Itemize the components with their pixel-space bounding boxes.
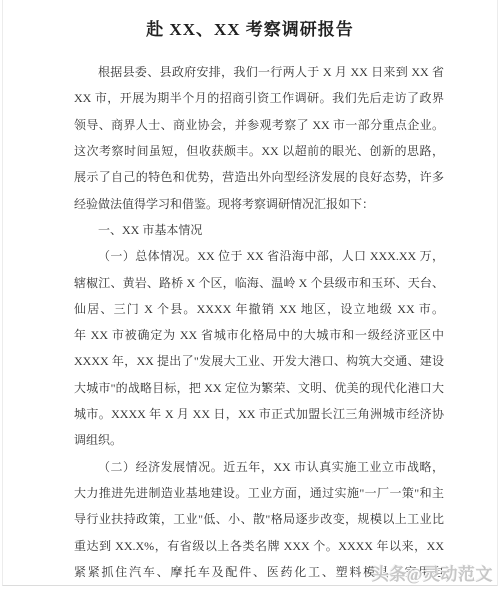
text-line: 大城市"的战略目标，把 XX 定位为繁荣、文明、优美的现代化港口大: [74, 375, 444, 401]
text-line: 年 XX 市被确定为 XX 省城市化格局中的大城市和一级经济亚区中心。: [74, 322, 444, 348]
text-line: XXXX 年，XX 提出了"发展大工业、开发大港口、构筑大交通、建设: [74, 348, 444, 374]
text-line: 辖椒江、黄岩、路桥 X 个区，临海、温岭 X 个县级市和玉环、天台、: [74, 270, 444, 296]
text-line: 展示了自己的特色和优势，营造出外向型经济发展的良好态势，许多: [74, 164, 444, 190]
text-line: （二）经济发展情况。近五年，XX 市认真实施工业立市战略，: [74, 454, 444, 480]
text-line: 根据县委、县政府安排，我们一行两人于 X 月 XX 日来到 XX 省: [74, 59, 444, 85]
text-line: 一、XX 市基本情况: [74, 217, 444, 243]
text-line: 领导、商界人士、商业协会，并参观考察了 XX 市一部分重点企业。: [74, 112, 444, 138]
text-line: 城市。XXXX 年 X 月 XX 日，XX 市正式加盟长江三角洲城市经济协: [74, 401, 444, 427]
document-page: 赴 XX、XX 考察调研报告 根据县委、县政府安排，我们一行两人于 X 月 XX…: [2, 0, 498, 586]
text-line: 重达到 XX.X%，有省级以上各类名牌 XXX 个。XXXX 年以来，XX 市: [74, 533, 444, 559]
text-line: 大力推进先进制造业基地建设。工业方面，通过实施"一厂一策"和主: [74, 480, 444, 506]
watermark: 头条@灵动范文: [372, 560, 493, 585]
text-line: XX 市，开展为期半个月的招商引资工作调研。我们先后走访了政界: [74, 85, 444, 111]
document-title: 赴 XX、XX 考察调研报告: [3, 15, 497, 40]
document-body: 根据县委、县政府安排，我们一行两人于 X 月 XX 日来到 XX 省XX 市，开…: [74, 59, 444, 585]
text-line: 导行业扶持政策，工业"低、小、散"格局逐步改变，规模以上工业比: [74, 506, 444, 532]
text-line: 仙居、三门 X 个县。XXXX 年撤销 XX 地区，设立地级 XX 市。XXXX: [74, 296, 444, 322]
text-line: 调组织。: [74, 427, 444, 453]
text-line: 这次考察时间虽短，但收获颇丰。XX 以超前的眼光、创新的思路，: [74, 138, 444, 164]
text-line: 经验做法值得学习和借鉴。现将考察调研情况汇报如下：: [74, 191, 444, 217]
text-line: （一）总体情况。XX 位于 XX 省沿海中部，人口 XXX.XX 万，: [74, 243, 444, 269]
